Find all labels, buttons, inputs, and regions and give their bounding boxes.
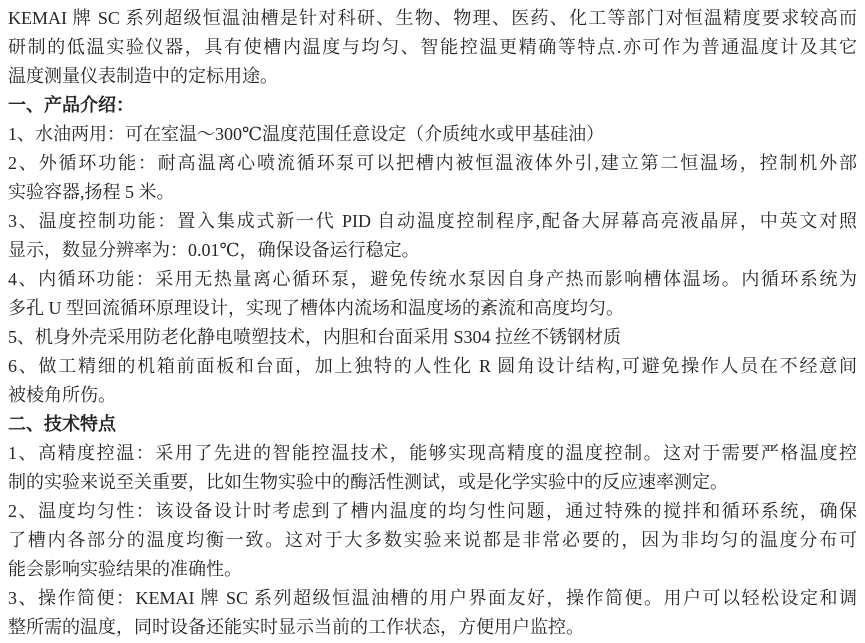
- tech-section-heading: 二、技术特点: [8, 410, 857, 439]
- tech-item-1-line-1: 1、高精度控温：采用了先进的智能控温技术，能够实现高精度的温度控制。这对于需要严…: [8, 439, 857, 468]
- tech-item-3-line-1: 3、操作简便：KEMAI 牌 SC 系列超级恒温油槽的用户界面友好，操作简便。用…: [8, 584, 857, 613]
- product-item-2-line-1: 2、外循环功能：耐高温离心喷流循环泵可以把槽内被恒温液体外引,建立第二恒温场，控…: [8, 149, 857, 178]
- intro-line-1: KEMAI 牌 SC 系列超级恒温油槽是针对科研、生物、物理、医药、化工等部门对…: [8, 4, 857, 33]
- document-page: KEMAI 牌 SC 系列超级恒温油槽是针对科研、生物、物理、医药、化工等部门对…: [0, 0, 865, 642]
- tech-item-3-line-2: 整所需的温度，同时设备还能实时显示当前的工作状态，方便用户监控。: [8, 613, 857, 642]
- intro-line-2: 研制的低温实验仪器，具有使槽内温度与均匀、智能控温更精确等特点.亦可作为普通温度…: [8, 33, 857, 62]
- product-item-6-line-2: 被棱角所伤。: [8, 381, 857, 410]
- intro-line-3: 温度测量仪表制造中的定标用途。: [8, 62, 857, 91]
- tech-item-2-line-2: 了槽内各部分的温度均衡一致。这对于大多数实验来说都是非常必要的，因为非均匀的温度…: [8, 526, 857, 555]
- product-section-heading: 一、产品介绍：: [8, 91, 857, 120]
- product-item-3-line-1: 3、温度控制功能：置入集成式新一代 PID 自动温度控制程序,配备大屏幕高亮液晶…: [8, 207, 857, 236]
- product-item-6-line-1: 6、做工精细的机箱前面板和台面，加上独特的人性化 R 圆角设计结构,可避免操作人…: [8, 352, 857, 381]
- product-item-4-line-2: 多孔 U 型回流循环原理设计，实现了槽体内流场和温度场的紊流和高度均匀。: [8, 294, 857, 323]
- tech-item-2-line-1: 2、温度均匀性：该设备设计时考虑到了槽内温度的均匀性问题，通过特殊的搅拌和循环系…: [8, 497, 857, 526]
- product-item-2-line-2: 实验容器,扬程 5 米。: [8, 178, 857, 207]
- product-item-1-line-1: 1、水油两用：可在室温～300℃温度范围任意设定（介质纯水或甲基硅油）: [8, 120, 857, 149]
- product-item-3-line-2: 显示，数显分辨率为：0.01℃，确保设备运行稳定。: [8, 236, 857, 265]
- product-item-4-line-1: 4、内循环功能：采用无热量离心循环泵，避免传统水泵因自身产热而影响槽体温场。内循…: [8, 265, 857, 294]
- product-item-5-line-1: 5、机身外壳采用防老化静电喷塑技术，内胆和台面采用 S304 拉丝不锈钢材质: [8, 323, 857, 352]
- tech-item-2-line-3: 能会影响实验结果的准确性。: [8, 555, 857, 584]
- tech-item-1-line-2: 制的实验来说至关重要，比如生物实验中的酶活性测试，或是化学实验中的反应速率测定。: [8, 468, 857, 497]
